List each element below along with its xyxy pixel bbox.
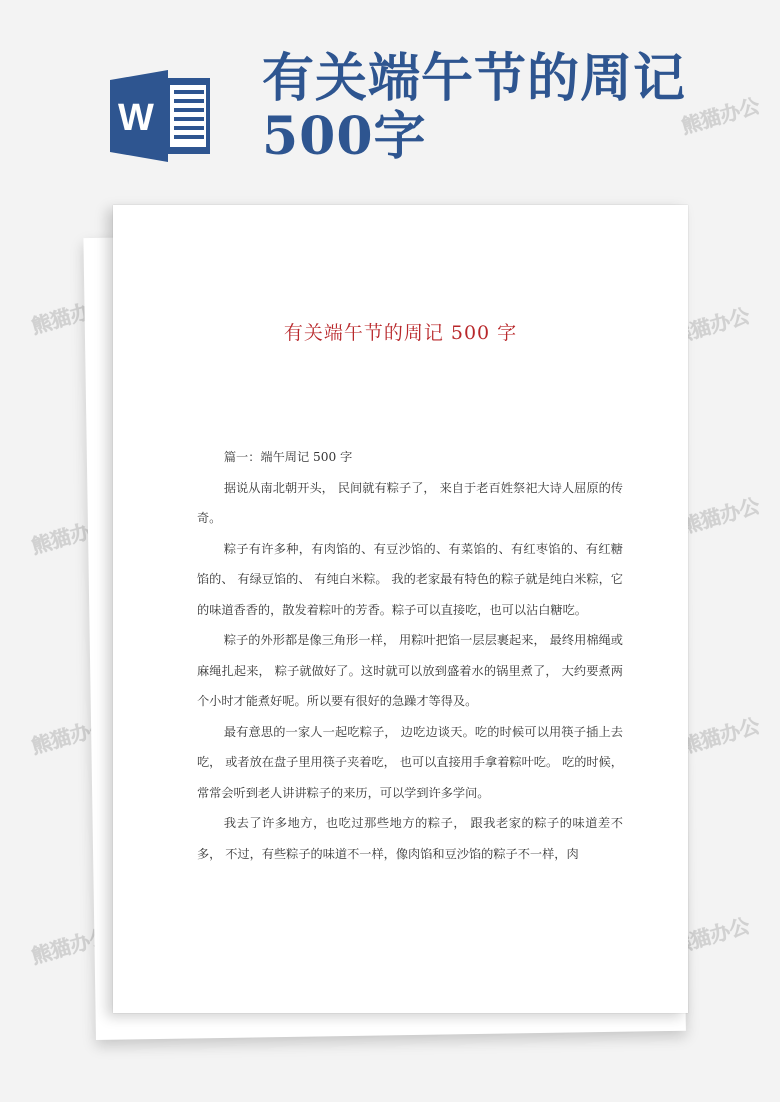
watermark: 熊猫办公	[678, 90, 763, 140]
document-body: 篇一：端午周记 500 字 据说从南北朝开头， 民间就有粽子了， 来自于老百姓祭…	[197, 442, 623, 869]
watermark: 熊猫办公	[678, 490, 763, 540]
word-document-icon: W	[108, 68, 212, 164]
watermark: 熊猫办公	[678, 710, 763, 760]
paragraph: 粽子有许多种，有肉馅的、有豆沙馅的、有菜馅的、有红枣馅的、有红糖馅的、 有绿豆馅…	[197, 534, 623, 626]
paragraph: 据说从南北朝开头， 民间就有粽子了， 来自于老百姓祭祀大诗人屈原的传奇。	[197, 473, 623, 534]
section-heading: 篇一：端午周记 500 字	[197, 442, 623, 473]
paragraph: 粽子的外形都是像三角形一样， 用粽叶把馅一层层裹起来， 最终用棉绳或麻绳扎起来，…	[197, 625, 623, 717]
document-title: 有关端午节的周记 500 字	[113, 318, 688, 345]
document-page: 有关端午节的周记 500 字 篇一：端午周记 500 字 据说从南北朝开头， 民…	[113, 205, 688, 1013]
page-title: 有关端午节的周记 500字	[262, 50, 686, 166]
page-title-line1: 有关端午节的周记	[262, 50, 686, 108]
paragraph: 我去了许多地方，也吃过那些地方的粽子， 跟我老家的粽子的味道差不多， 不过，有些…	[197, 808, 623, 869]
svg-text:W: W	[118, 97, 154, 139]
paragraph: 最有意思的一家人一起吃粽子， 边吃边谈天。吃的时候可以用筷子插上去吃， 或者放在…	[197, 717, 623, 809]
page-title-line2: 500字	[262, 108, 686, 166]
